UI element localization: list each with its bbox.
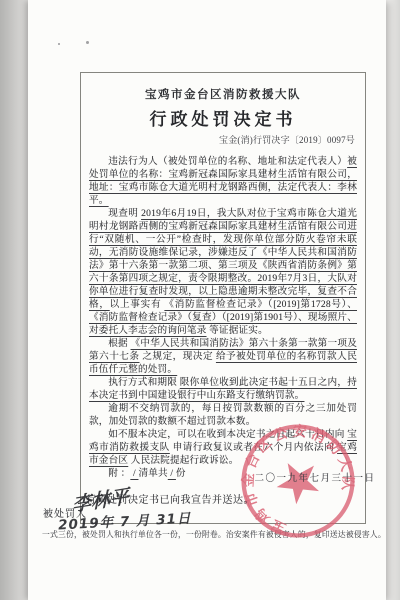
form-template-text: 违法行为人（被处罚单位的名称、地址和法定代表人） <box>108 156 347 167</box>
form-template-text: 附 ： <box>108 468 130 479</box>
document-title: 行政处罚决定书 <box>89 105 357 130</box>
decision-date: 二〇一九年七月三十一日 <box>240 470 390 484</box>
form-template-text: 根据 <box>108 338 130 349</box>
scanned-page: 宝鸡市金台区消防救援大队 行政处罚决定书 宝金(消)行罚决字〔2019〕0097… <box>0 0 400 600</box>
body-paragraph: 现查明 2019年6月19日，我大队对位于宝鸡市陈仓大道光明村龙钢路西侧的宝鸡新… <box>89 207 357 337</box>
form-template-text: 等证据证实。 <box>207 325 268 336</box>
scan-speck <box>86 41 89 44</box>
form-template-text: 执行方式和期限 <box>108 377 180 388</box>
filled-in-text: / <box>168 468 176 479</box>
body-paragraph: 执行方式和期限 限你单位收到此决定书起十五日之内，持本决定书到中国建设银行中山东… <box>89 376 357 402</box>
form-template-text: 份 <box>176 468 186 479</box>
form-template-text: 清单共 <box>138 468 167 479</box>
document-number: 宝金(消)行罚决字〔2019〕0097号 <box>89 133 357 146</box>
filled-in-text: 2019年6月19日，我大队对位于宝鸡市陈仓大道光明村龙钢路西侧的宝鸡新冠森国际… <box>89 208 357 310</box>
form-template-text: 之规定，现决定 <box>139 351 215 362</box>
body-paragraph: 违法行为人（被处罚单位的名称、地址和法定代表人）被处罚单位的名称：宝鸡新冠森国际… <box>89 155 357 207</box>
scan-speck <box>58 43 60 45</box>
body-paragraph: 根据 《中华人民共和国消防法》第六十条第一款第一项及第六十七条 之规定，现决定 … <box>89 337 357 376</box>
form-template-text: 现查明 <box>108 208 141 219</box>
form-template-text: 以上事实有 <box>110 299 165 310</box>
document-paper: 宝鸡市金台区消防救援大队 行政处罚决定书 宝金(消)行罚决字〔2019〕0097… <box>28 0 386 600</box>
issuing-agency: 宝鸡市金台区消防救援大队 <box>89 86 357 102</box>
